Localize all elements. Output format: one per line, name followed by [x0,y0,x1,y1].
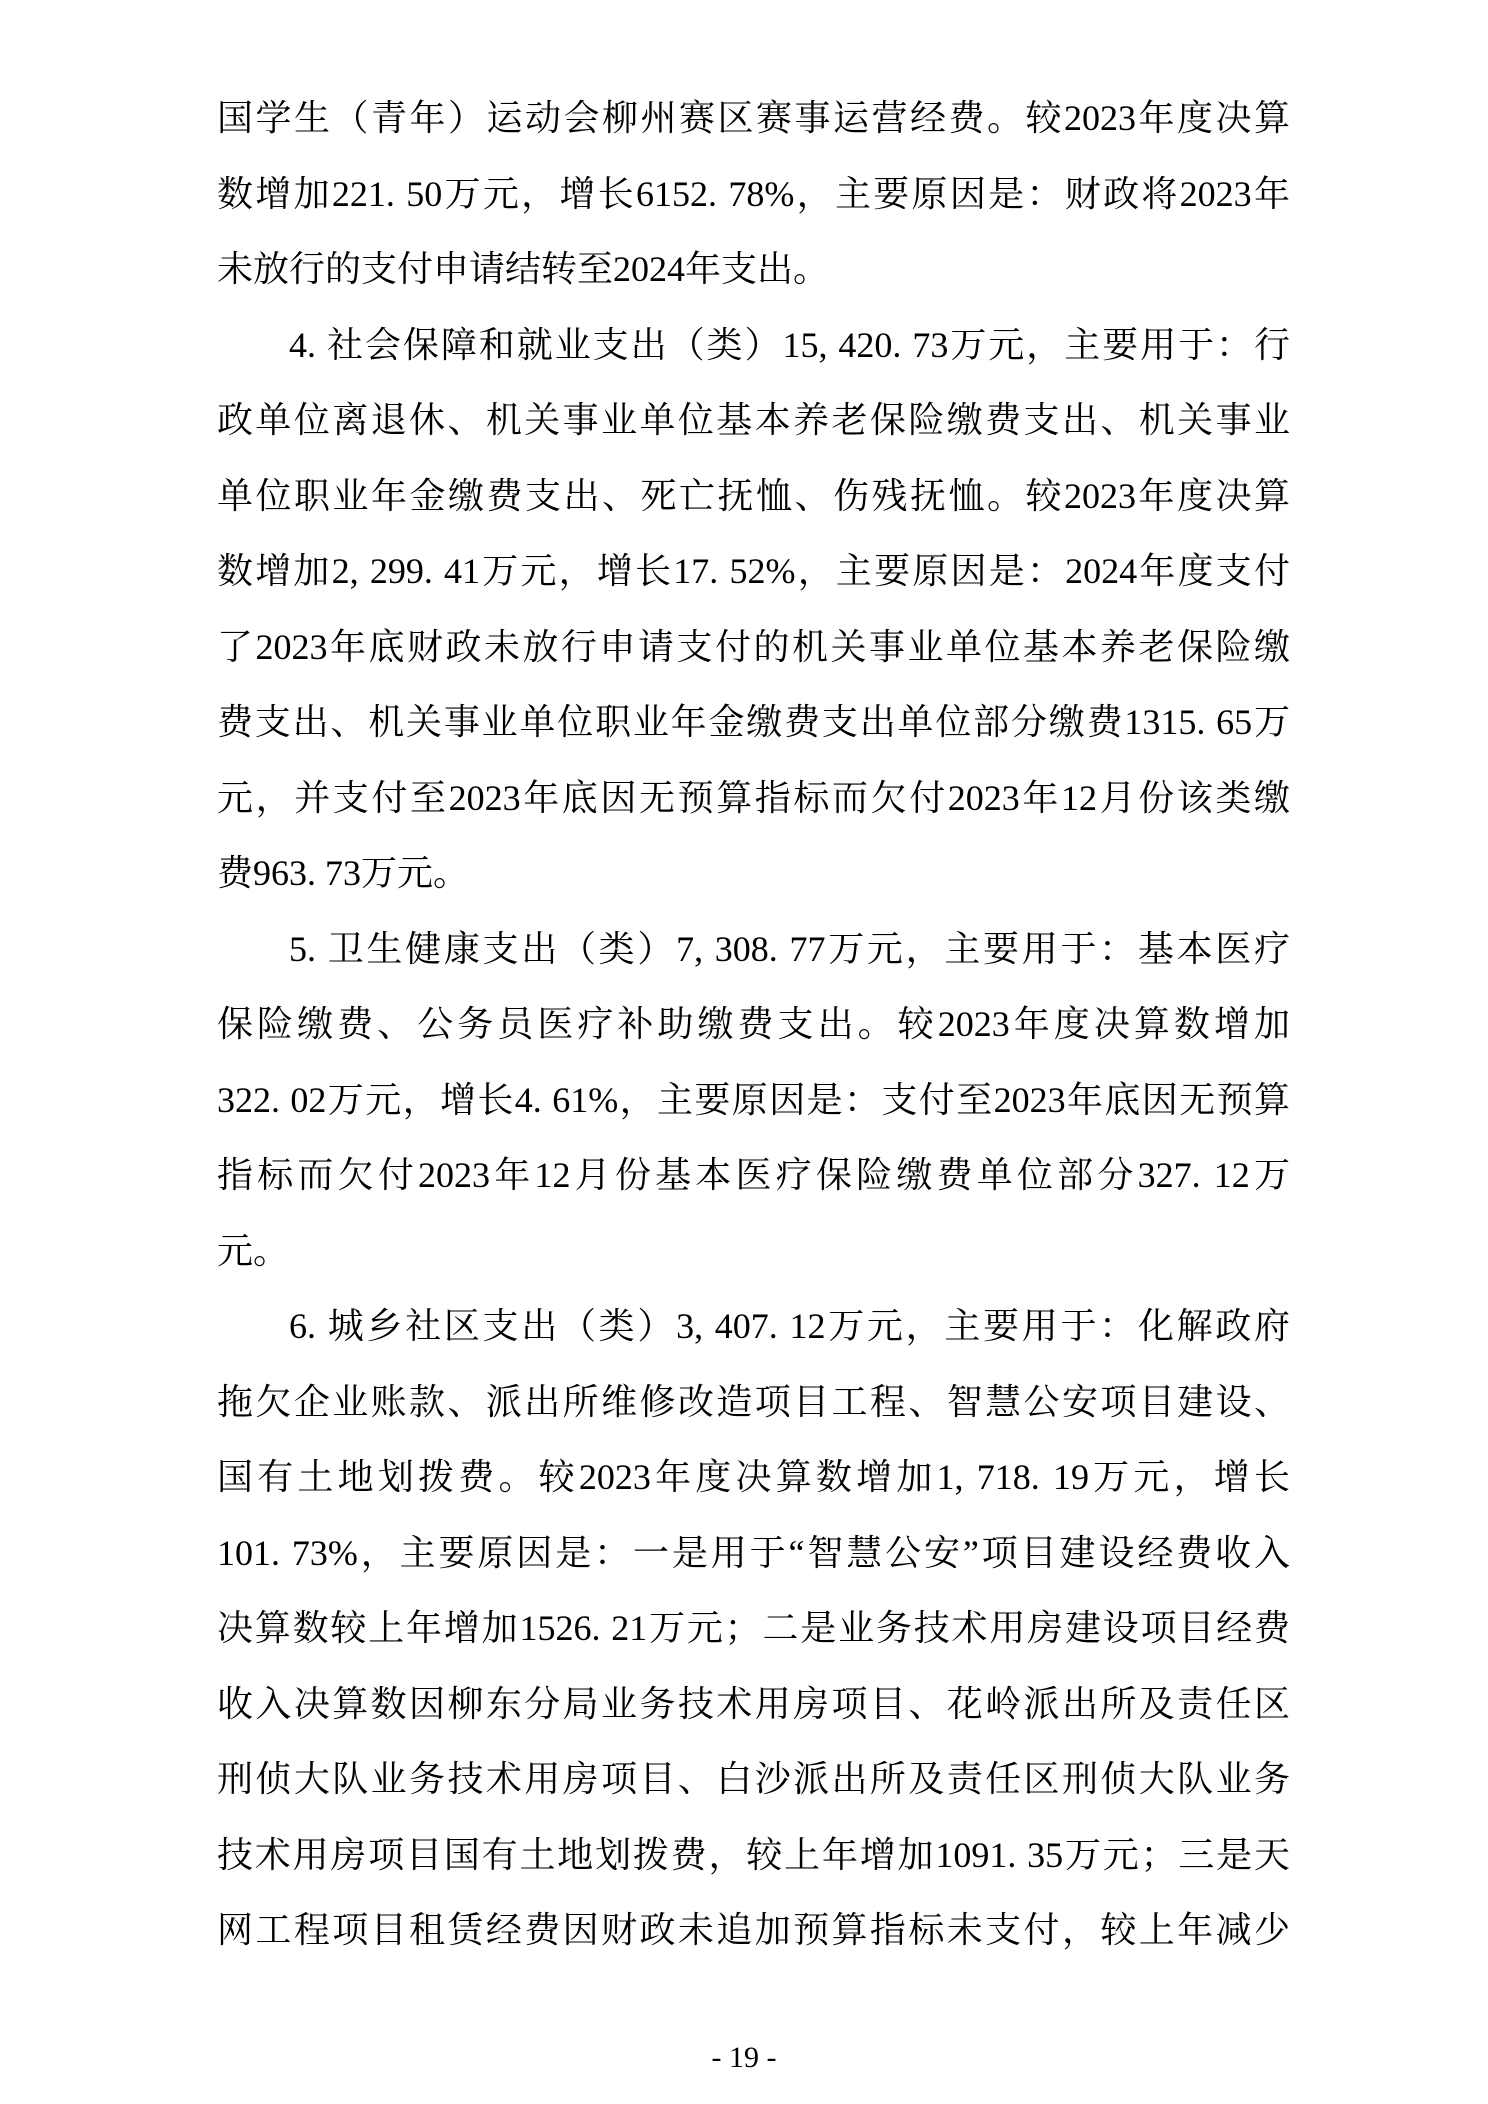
text-line: 元。 [217,1214,1290,1290]
text-line: 322. 02万元，增长4. 61%，主要原因是：支付至2023年底因无预算 [217,1063,1290,1139]
text-line: 决算数较上年增加1526. 21万元；二是业务技术用房建设项目经费 [217,1591,1290,1667]
text-line: 数增加2, 299. 41万元，增长17. 52%，主要原因是：2024年度支付 [217,534,1290,610]
page-number: - 19 - [0,2040,1488,2076]
document-page: 国学生（青年）运动会柳州赛区赛事运营经费。较2023年度决算 数增加221. 5… [0,0,1488,2104]
text-line: 保险缴费、公务员医疗补助缴费支出。较2023年度决算数增加 [217,987,1290,1063]
text-line: 网工程项目租赁经费因财政未追加预算指标未支付，较上年减少 [217,1893,1290,1969]
document-body: 国学生（青年）运动会柳州赛区赛事运营经费。较2023年度决算 数增加221. 5… [217,81,1290,1969]
text-line: 单位职业年金缴费支出、死亡抚恤、伤残抚恤。较2023年度决算 [217,459,1290,535]
text-line: 未放行的支付申请结转至2024年支出。 [217,232,1290,308]
text-line: 国学生（青年）运动会柳州赛区赛事运营经费。较2023年度决算 [217,81,1290,157]
text-line: 收入决算数因柳东分局业务技术用房项目、花岭派出所及责任区 [217,1667,1290,1743]
text-line: 政单位离退休、机关事业单位基本养老保险缴费支出、机关事业 [217,383,1290,459]
text-line: 数增加221. 50万元，增长6152. 78%，主要原因是：财政将2023年 [217,157,1290,233]
text-line-paragraph-5-start: 5. 卫生健康支出（类）7, 308. 77万元，主要用于：基本医疗 [217,912,1290,988]
text-line: 费963. 73万元。 [217,836,1290,912]
text-line: 国有土地划拨费。较2023年度决算数增加1, 718. 19万元，增长 [217,1440,1290,1516]
text-line: 指标而欠付2023年12月份基本医疗保险缴费单位部分327. 12万 [217,1138,1290,1214]
text-line: 费支出、机关事业单位职业年金缴费支出单位部分缴费1315. 65万 [217,685,1290,761]
text-line: 拖欠企业账款、派出所维修改造项目工程、智慧公安项目建设、 [217,1365,1290,1441]
text-line: 刑侦大队业务技术用房项目、白沙派出所及责任区刑侦大队业务 [217,1742,1290,1818]
text-line: 元，并支付至2023年底因无预算指标而欠付2023年12月份该类缴 [217,761,1290,837]
text-line-paragraph-6-start: 6. 城乡社区支出（类）3, 407. 12万元，主要用于：化解政府 [217,1289,1290,1365]
text-line: 101. 73%，主要原因是：一是用于“智慧公安”项目建设经费收入 [217,1516,1290,1592]
text-line-paragraph-4-start: 4. 社会保障和就业支出（类）15, 420. 73万元，主要用于：行 [217,308,1290,384]
text-line: 技术用房项目国有土地划拨费，较上年增加1091. 35万元；三是天 [217,1818,1290,1894]
text-line: 了2023年底财政未放行申请支付的机关事业单位基本养老保险缴 [217,610,1290,686]
